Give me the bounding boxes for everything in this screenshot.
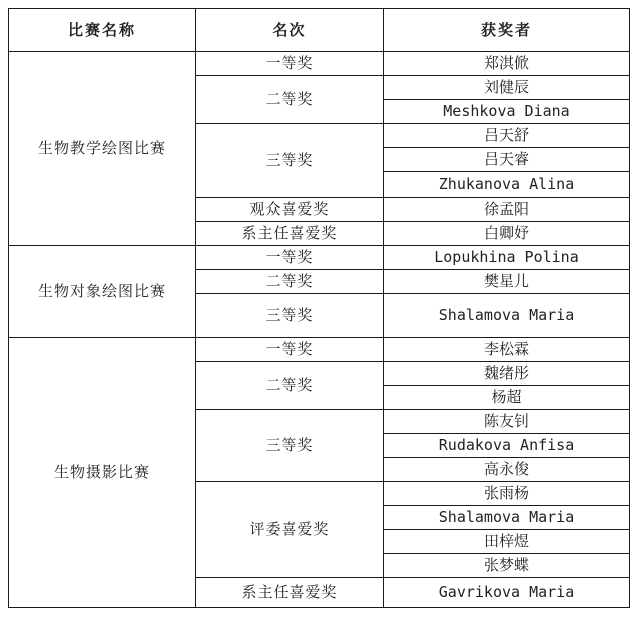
winner-cell: 吕天舒 (384, 124, 630, 148)
winner-cell: 杨超 (384, 386, 630, 410)
winner-cell: 高永俊 (384, 458, 630, 482)
winner-cell: 张雨杨 (384, 482, 630, 506)
winner-cell: 李松霖 (384, 338, 630, 362)
winner-cell: Shalamova Maria (384, 294, 630, 338)
rank-cell: 二等奖 (196, 362, 384, 410)
table-row: 生物对象绘图比赛 一等奖 Lopukhina Polina (9, 246, 630, 270)
rank-cell: 系主任喜爱奖 (196, 578, 384, 608)
competition-cell: 生物教学绘图比赛 (9, 52, 196, 246)
header-winner: 获奖者 (384, 9, 630, 52)
competition-cell: 生物对象绘图比赛 (9, 246, 196, 338)
rank-cell: 一等奖 (196, 52, 384, 76)
winner-cell: 张梦蝶 (384, 554, 630, 578)
rank-cell: 观众喜爱奖 (196, 198, 384, 222)
awards-table: 比赛名称 名次 获奖者 生物教学绘图比赛 一等奖 郑淇俽 二等奖 刘健辰 Mes… (8, 8, 630, 608)
table-row: 生物教学绘图比赛 一等奖 郑淇俽 (9, 52, 630, 76)
header-competition: 比赛名称 (9, 9, 196, 52)
winner-cell: 刘健辰 (384, 76, 630, 100)
winner-cell: Rudakova Anfisa (384, 434, 630, 458)
winner-cell: Gavrikova Maria (384, 578, 630, 608)
winner-cell: 白卿妤 (384, 222, 630, 246)
rank-cell: 三等奖 (196, 124, 384, 198)
rank-cell: 系主任喜爱奖 (196, 222, 384, 246)
winner-cell: 田梓煜 (384, 530, 630, 554)
rank-cell: 三等奖 (196, 294, 384, 338)
winner-cell: 陈友钊 (384, 410, 630, 434)
competition-cell: 生物摄影比赛 (9, 338, 196, 608)
rank-cell: 一等奖 (196, 338, 384, 362)
header-rank: 名次 (196, 9, 384, 52)
header-row: 比赛名称 名次 获奖者 (9, 9, 630, 52)
rank-cell: 三等奖 (196, 410, 384, 482)
table-row: 生物摄影比赛 一等奖 李松霖 (9, 338, 630, 362)
winner-cell: Meshkova Diana (384, 100, 630, 124)
winner-cell: 徐孟阳 (384, 198, 630, 222)
winner-cell: 郑淇俽 (384, 52, 630, 76)
winner-cell: 吕天睿 (384, 148, 630, 172)
winner-cell: 樊星儿 (384, 270, 630, 294)
winner-cell: 魏绪彤 (384, 362, 630, 386)
rank-cell: 二等奖 (196, 76, 384, 124)
winner-cell: Zhukanova Alina (384, 172, 630, 198)
document-page: 比赛名称 名次 获奖者 生物教学绘图比赛 一等奖 郑淇俽 二等奖 刘健辰 Mes… (0, 0, 638, 616)
rank-cell: 评委喜爱奖 (196, 482, 384, 578)
rank-cell: 二等奖 (196, 270, 384, 294)
winner-cell: Lopukhina Polina (384, 246, 630, 270)
rank-cell: 一等奖 (196, 246, 384, 270)
winner-cell: Shalamova Maria (384, 506, 630, 530)
